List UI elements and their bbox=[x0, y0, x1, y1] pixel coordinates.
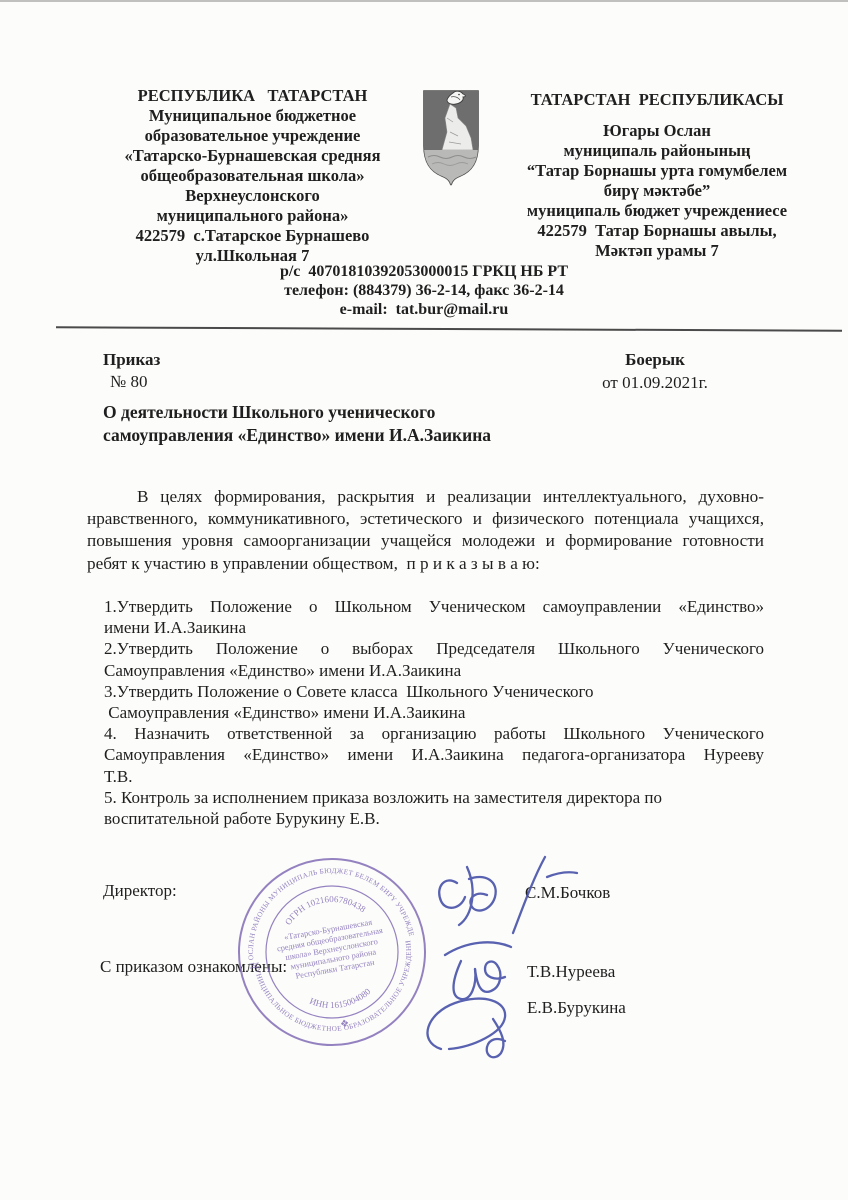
bank-account-line: р/с 40701810392053000015 ГРКЦ НБ РТ bbox=[0, 262, 848, 281]
order-subject-line-2: самоуправления «Единство» имени И.А.Заик… bbox=[103, 424, 491, 447]
order-preamble: В целях формирования, раскрытия и реализ… bbox=[87, 486, 764, 575]
header-russian-block: РЕСПУБЛИКА ТАТАРСТАН Муниципальное бюдже… bbox=[95, 86, 410, 266]
org-address-line-1: 422579 с.Татарское Бурнашево bbox=[95, 226, 410, 246]
order-number: № 80 bbox=[110, 372, 147, 392]
stamp-inn-text: ИНН 1615004080 bbox=[307, 985, 375, 1015]
org-type-line-2: образовательное учреждение bbox=[95, 126, 410, 146]
org-tat-address-1: 422579 Татар Борнашы авылы, bbox=[492, 221, 822, 241]
director-label: Директор: bbox=[103, 881, 177, 901]
director-signature-icon bbox=[439, 857, 577, 933]
header-tatar-block: ТАТАРСТАН РЕСПУБЛИКАСЫ Югары Ослан муниц… bbox=[492, 90, 822, 261]
order-item-line: Самоуправления «Единство» имени И.А.Заик… bbox=[104, 702, 764, 723]
preamble-line: повышения уровня самоорганизации учащейс… bbox=[87, 530, 764, 552]
org-tat-line-3: “Татар Борнашы урта гомумбелем bbox=[492, 161, 822, 181]
stamp-diamond-icon: ❖ bbox=[339, 1018, 350, 1030]
org-district-line-1: Верхнеуслонского bbox=[95, 186, 410, 206]
nureeva-signature-icon bbox=[445, 942, 511, 999]
stamp-center-text: «Татарско-Бурнашевская средняя общеобраз… bbox=[275, 916, 389, 983]
org-name-line-1: «Татарско-Бурнашевская средняя bbox=[95, 146, 410, 166]
svg-text:ИНН 1615004080: ИНН 1615004080 bbox=[307, 985, 375, 1015]
org-type-line-1: Муниципальное бюджетное bbox=[95, 106, 410, 126]
order-subject: О деятельности Школьного ученического са… bbox=[103, 401, 491, 446]
org-district-line-2: муниципального района» bbox=[95, 206, 410, 226]
order-item-line: 1.Утвердить Положение о Школьном Учениче… bbox=[104, 596, 764, 617]
order-subject-line-1: О деятельности Школьного ученического bbox=[103, 401, 491, 424]
email-line: e-mail: tat.bur@mail.ru bbox=[0, 300, 848, 319]
contact-info-block: р/с 40701810392053000015 ГРКЦ НБ РТ теле… bbox=[0, 262, 848, 319]
org-country-tat: ТАТАРСТАН РЕСПУБЛИКАСЫ bbox=[492, 90, 822, 110]
order-item-line: 4. Назначить ответственной за организаци… bbox=[104, 723, 764, 744]
order-item-line: имени И.А.Заикина bbox=[104, 617, 764, 638]
header-divider-line bbox=[56, 326, 842, 331]
phone-fax-line: телефон: (884379) 36-2-14, факс 36-2-14 bbox=[0, 281, 848, 300]
order-item-line: Самоуправления «Единство» имени И.А.Заик… bbox=[104, 744, 764, 765]
preamble-line: В целях формирования, раскрытия и реализ… bbox=[87, 486, 764, 508]
preamble-line: ребят к участию в управлении обществом, … bbox=[87, 553, 764, 575]
official-round-stamp: ЮГАРЫ ОСЛАН РАЙОНЫ МУНИЦИПАЛЬ БЮДЖЕТ БЕЛ… bbox=[222, 842, 442, 1062]
org-tat-line-1: Югары Ослан bbox=[492, 121, 822, 141]
org-tat-line-5: муниципаль бюджет учреждениесе bbox=[492, 201, 822, 221]
order-item-line: 2.Утвердить Положение о выборах Председа… bbox=[104, 638, 764, 659]
preamble-line: нравственного, коммуникативного, эстетич… bbox=[87, 508, 764, 530]
order-item-line: воспитательной работе Бурукину Е.В. bbox=[104, 808, 764, 829]
org-country-ru: РЕСПУБЛИКА ТАТАРСТАН bbox=[95, 86, 410, 106]
org-tat-line-2: муниципаль районының bbox=[492, 141, 822, 161]
scan-edge bbox=[0, 0, 848, 2]
order-item-line: 5. Контроль за исполнением приказа возло… bbox=[104, 787, 764, 808]
org-tat-address-2: Мәктәп урамы 7 bbox=[492, 241, 822, 261]
coat-of-arms-icon bbox=[420, 88, 482, 195]
org-name-line-2: общеобразовательная школа» bbox=[95, 166, 410, 186]
order-label-ru: Приказ bbox=[103, 350, 160, 370]
order-item-line: Т.В. bbox=[104, 766, 764, 787]
order-item-line: 3.Утвердить Положение о Совете класса Шк… bbox=[104, 681, 764, 702]
order-item-line: Самоуправления «Единство» имени И.А.Заик… bbox=[104, 660, 764, 681]
document-page: { "theme": { "paper": "#fcfcfa", "ink": … bbox=[0, 0, 848, 1200]
order-date: от 01.09.2021г. bbox=[580, 373, 730, 393]
order-label-tat: Боерык bbox=[585, 350, 725, 370]
order-items: 1.Утвердить Положение о Школьном Учениче… bbox=[104, 596, 764, 829]
org-tat-line-4: бирү мәктәбе” bbox=[492, 181, 822, 201]
